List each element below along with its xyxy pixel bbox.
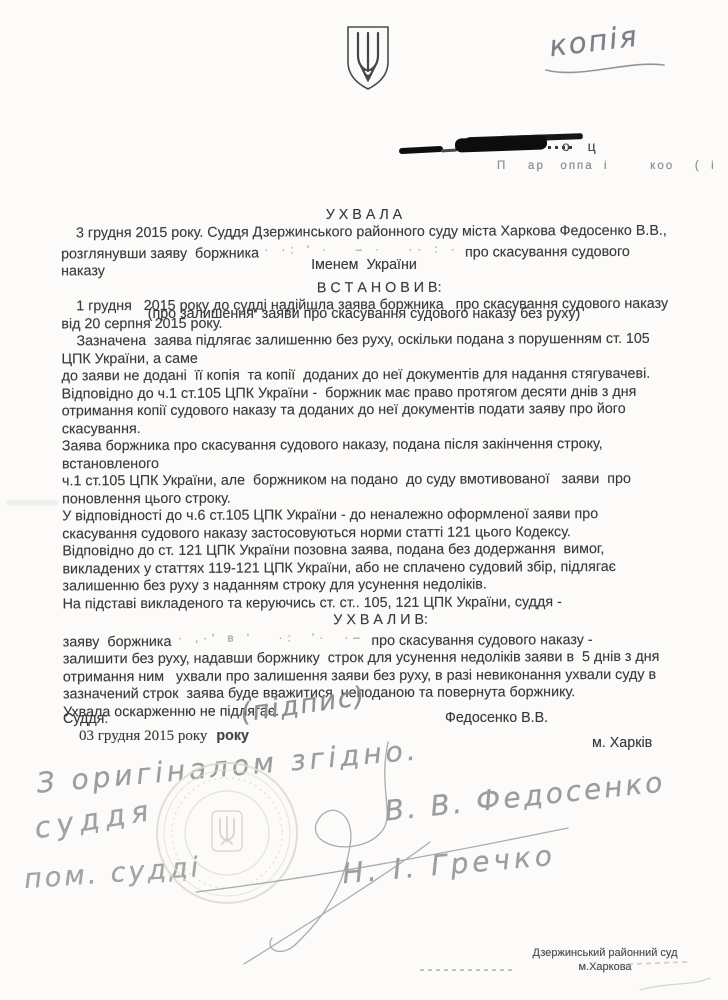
stamp-remnant-text: о ц: [562, 138, 603, 154]
date-serif: 03 грудня 2015 року: [79, 728, 207, 744]
document-body: 3 грудня 2015 року. Суддя Дзержинського …: [61, 223, 699, 722]
footer-court-name: Дзержинський районний суд: [505, 947, 705, 961]
body-line: викладених у статтях 119-121 ЦПК України…: [62, 558, 698, 578]
erased-debtor-name: · ,·' в ' ·: '· ·– ·: [175, 630, 367, 646]
coat-of-arms-trident-icon: [344, 24, 392, 92]
ruled-text: про скасування судового наказу -: [367, 632, 592, 649]
ruled-text: заяву боржника: [63, 633, 176, 649]
court-seal-stamp: [154, 760, 300, 906]
intro-line: розглянувши заяву боржника · ·: ' · – · …: [61, 240, 697, 263]
erased-debtor-name: · ·: ' · – · ·· : ·: [263, 241, 461, 257]
body-line: ч.1 ст.105 ЦПК України, але боржником на…: [62, 471, 698, 491]
stamp-remnant-text: П ар оппа і коо ( і і: [497, 160, 728, 172]
handwritten-copy-mark: копія: [547, 19, 640, 64]
redaction-mark: [399, 146, 443, 154]
redaction-mark: [455, 135, 547, 152]
intro-text: про скасування судового: [461, 243, 630, 260]
ruled-line: Ухвала оскарженню не підлягає.: [63, 701, 699, 721]
decision-date: 03 грудня 2015 рокуроку: [79, 728, 249, 745]
body-line: Відповідно до ст. 121 ЦПК України позовн…: [62, 541, 698, 561]
document-title: У Х В А Л А: [0, 207, 728, 225]
body-line: до заяви не додані її копія та копії дод…: [62, 366, 698, 386]
ruled-line: отримання ним ухвали про залишення заяви…: [63, 666, 699, 686]
body-line: Зазначена заява підлягає залишенню без р…: [61, 331, 697, 351]
redaction-mark: [441, 149, 457, 153]
scan-artifact-smudge: [6, 500, 58, 505]
judge-label: Суддя:: [63, 711, 108, 727]
scan-artifact-dashes: [420, 969, 512, 971]
city-label: м. Харків: [592, 735, 652, 751]
body-line: Заява боржника про скасування судового н…: [62, 436, 698, 456]
body-line: отримання копії судового наказу та додан…: [62, 401, 698, 421]
body-line: 1 грудня 2015 року до судді надійшла зая…: [61, 296, 697, 316]
date-extra: року: [216, 728, 249, 744]
handwritten-judge-name: В. В. Федосенко: [383, 765, 667, 827]
intro-text: розглянувши заяву боржника: [61, 245, 263, 262]
handwritten-assistant-signature: Н. І. Гречко: [341, 839, 557, 891]
ruled-line: залишити без руху, надавши боржнику стро…: [63, 649, 699, 669]
judge-name: Федосенко В.В.: [445, 710, 548, 726]
intro-line: 3 грудня 2015 року. Суддя Дзержинського …: [61, 223, 697, 243]
ruled-line: заяву боржника · ,·' в ' ·: '· ·– · про …: [63, 628, 699, 651]
handwritten-judge-word: суддя: [32, 793, 156, 845]
scanned-court-ruling-page: копія о ц П ар оппа і коо ( і і У Х В А …: [0, 0, 728, 1000]
